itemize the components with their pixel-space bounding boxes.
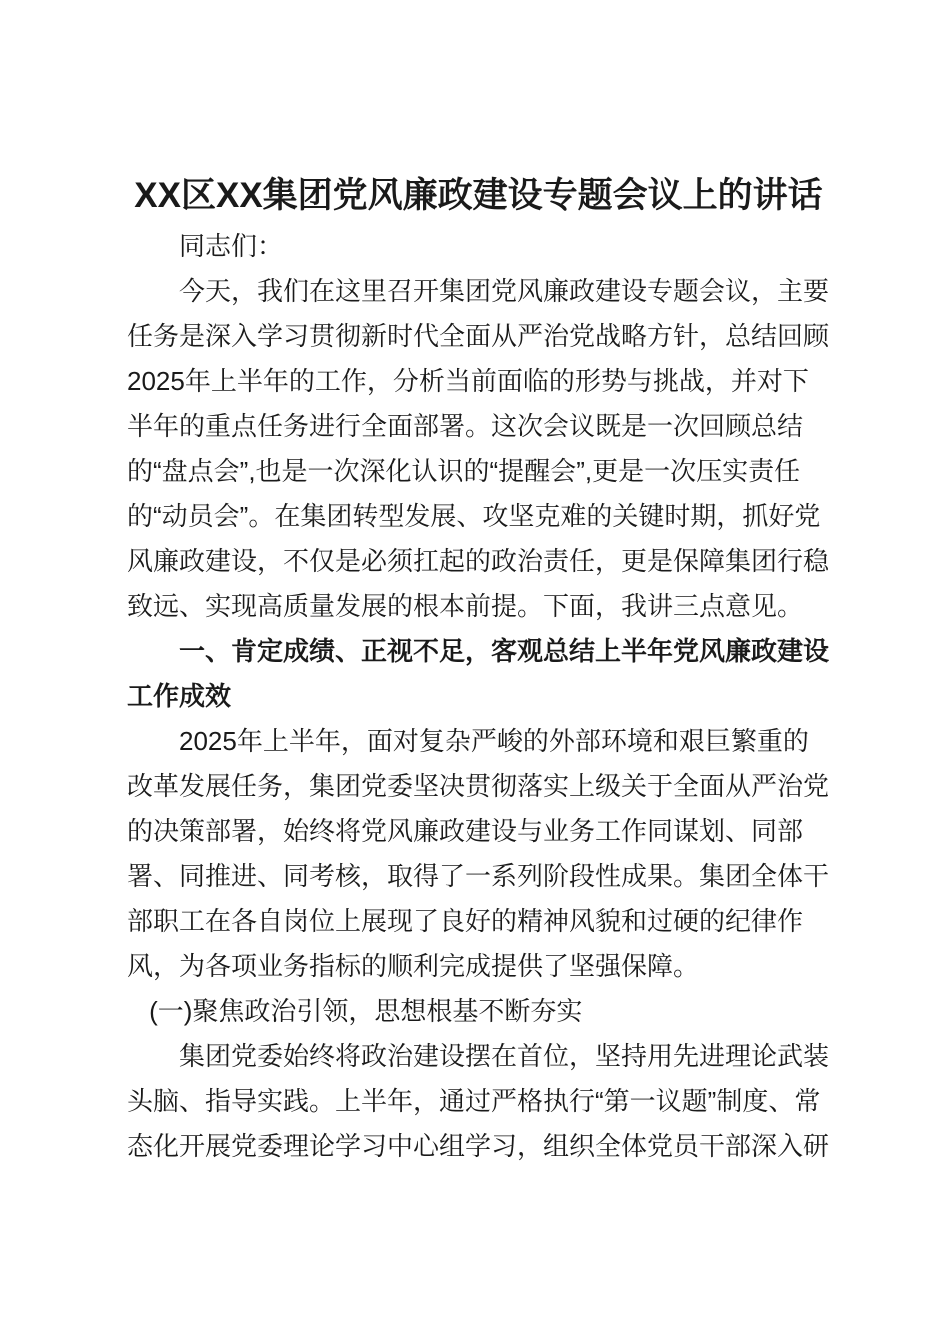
document-title: XX区XX集团党风廉政建设专题会议上的讲话 [127,168,830,224]
intro-paragraph: 今天，我们在这里召开集团党风廉政建设专题会议，主要任务是深入学习贯彻新时代全面从… [127,269,830,629]
subsection-1-1-heading: (一)聚焦政治引领，思想根基不断夯实 [127,989,830,1034]
section-1-overview-paragraph: 2025年上半年，面对复杂严峻的外部环境和艰巨繁重的改革发展任务，集团党委坚决贯… [127,719,830,989]
subsection-1-1-paragraph: 集团党委始终将政治建设摆在首位，坚持用先进理论武装头脑、指导实践。上半年，通过严… [127,1034,830,1169]
section-1-heading: 一、肯定成绩、正视不足，客观总结上半年党风廉政建设工作成效 [127,629,830,719]
document-page: XX区XX集团党风廉政建设专题会议上的讲话 同志们： 今天，我们在这里召开集团党… [0,0,950,1344]
salutation: 同志们： [127,224,830,269]
